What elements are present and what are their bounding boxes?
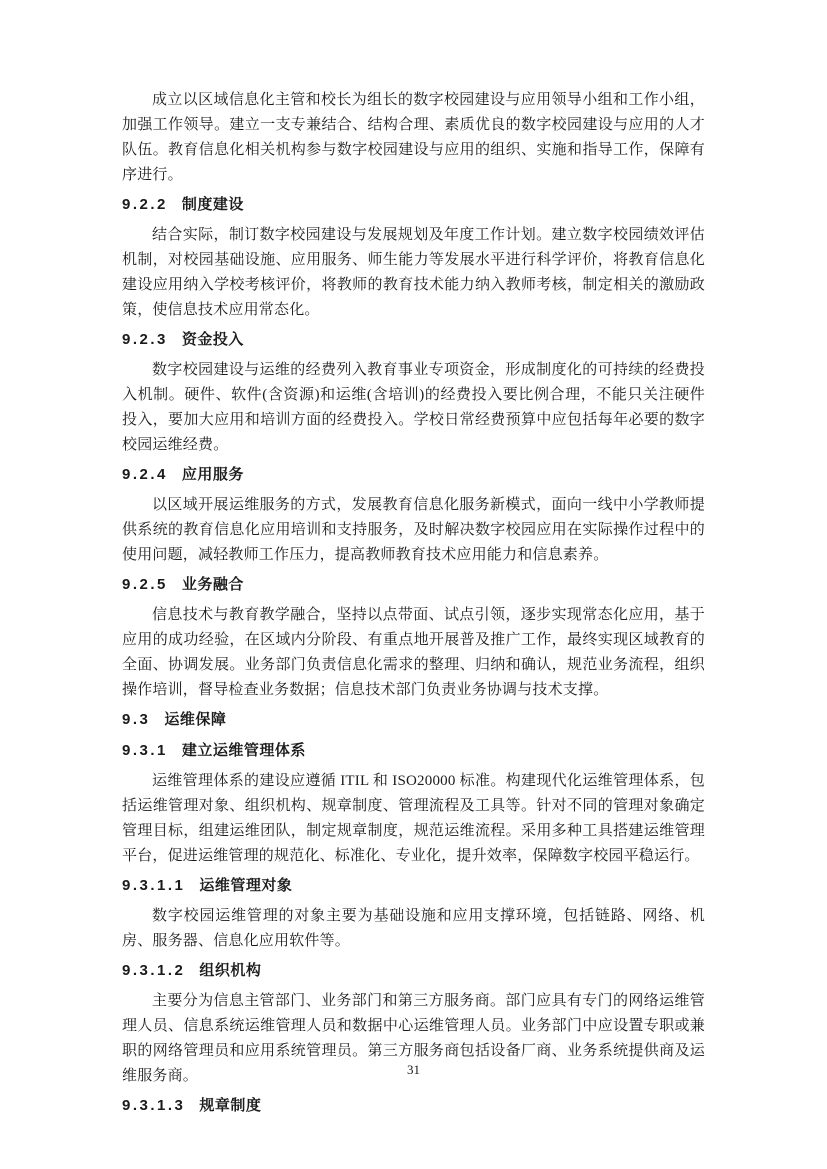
body-paragraph: 数字校园运维管理的对象主要为基础设施和应用支撑环境，包括链路、网络、机房、服务器… xyxy=(122,904,705,954)
body-paragraph: 数字校园建设与运维的经费列入教育事业专项资金，形成制度化的可持续的经费投入机制。… xyxy=(122,358,705,458)
section-heading-9-2-4: 9.2.4应用服务 xyxy=(122,462,705,487)
section-title: 运维保障 xyxy=(164,711,226,728)
section-heading-9-3-1-2: 9.3.1.2组织机构 xyxy=(122,958,705,983)
section-title: 组织机构 xyxy=(199,962,261,979)
section-number: 9.3.1 xyxy=(122,742,168,759)
body-paragraph: 运维管理体系的建设应遵循 ITIL 和 ISO20000 标准。构建现代化运维管… xyxy=(122,769,705,869)
section-heading-9-2-3: 9.2.3资金投入 xyxy=(122,327,705,352)
section-heading-9-3-1: 9.3.1建立运维管理体系 xyxy=(122,738,705,763)
section-heading-9-2-5: 9.2.5业务融合 xyxy=(122,572,705,597)
section-number: 9.3.1.1 xyxy=(122,877,185,894)
body-paragraph: 成立以区域信息化主管和校长为组长的数字校园建设与应用领导小组和工作小组，加强工作… xyxy=(122,88,705,188)
section-title: 资金投入 xyxy=(182,331,244,348)
section-number: 9.3 xyxy=(122,711,150,728)
document-page: 成立以区域信息化主管和校长为组长的数字校园建设与应用领导小组和工作小组，加强工作… xyxy=(0,0,827,1169)
section-heading-9-2-2: 9.2.2制度建设 xyxy=(122,192,705,217)
section-number: 9.3.1.2 xyxy=(122,962,185,979)
document-content: 成立以区域信息化主管和校长为组长的数字校园建设与应用领导小组和工作小组，加强工作… xyxy=(122,88,705,1124)
section-number: 9.2.4 xyxy=(122,466,168,483)
section-title: 建立运维管理体系 xyxy=(182,742,306,759)
section-heading-9-3-1-1: 9.3.1.1运维管理对象 xyxy=(122,873,705,898)
body-paragraph: 以区域开展运维服务的方式，发展教育信息化服务新模式，面向一线中小学教师提供系统的… xyxy=(122,493,705,568)
section-number: 9.2.5 xyxy=(122,576,168,593)
section-title: 应用服务 xyxy=(182,466,244,483)
section-title: 规章制度 xyxy=(199,1097,261,1114)
page-number: 31 xyxy=(0,1062,827,1078)
section-number: 9.3.1.3 xyxy=(122,1097,185,1114)
section-number: 9.2.2 xyxy=(122,196,168,213)
section-title: 制度建设 xyxy=(182,196,244,213)
section-number: 9.2.3 xyxy=(122,331,168,348)
section-title: 业务融合 xyxy=(182,576,244,593)
body-paragraph: 信息技术与教育教学融合，坚持以点带面、试点引领，逐步实现常态化应用，基于应用的成… xyxy=(122,603,705,703)
section-heading-9-3-1-3: 9.3.1.3规章制度 xyxy=(122,1093,705,1118)
body-paragraph: 结合实际，制订数字校园建设与发展规划及年度工作计划。建立数字校园绩效评估机制，对… xyxy=(122,223,705,323)
section-title: 运维管理对象 xyxy=(199,877,292,894)
section-heading-9-3: 9.3运维保障 xyxy=(122,707,705,732)
